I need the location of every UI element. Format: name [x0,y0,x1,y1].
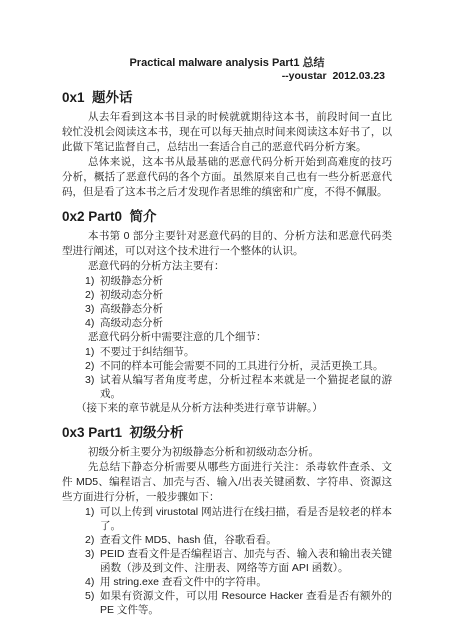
heading-0x1-digression: 0x1 题外话 [62,89,392,106]
list-item: 2) 查看文件 MD5、hash 值，谷歌看看。 [85,533,392,547]
list-item-number: 2) [85,359,100,373]
list-item-number: 3) [85,302,100,316]
list-item-number: 5) [85,589,100,617]
detail-list-label: 恶意代码分析中需要注意的几个细节： [62,330,392,345]
list-item: 1) 初级静态分析 [85,274,392,288]
list-item: 1) 可以上传到 virustotal 网站进行在线扫描，看是否是较老的样本了。 [85,505,392,533]
parenthetical-note: （接下来的章节就是从分析方法种类进行章节讲解。） [76,401,392,416]
list-item-number: 2) [85,288,100,302]
list-item: 3) 试着从编写者角度考虑，分析过程本来就是一个猫捉老鼠的游戏。 [85,373,392,401]
list-item: 3) 高级静态分析 [85,302,392,316]
method-list-label: 恶意代码的分析方法主要有： [62,259,392,274]
method-list: 1) 初级静态分析 2) 初级动态分析 3) 高级静态分析 4) 高级动态分析 [62,274,392,330]
list-item: 4) 高级动态分析 [85,316,392,330]
list-item-number: 4) [85,575,100,589]
list-item-text: 高级静态分析 [100,302,392,316]
paragraph: 从去年看到这本书目录的时候就就期待这本书，前段时间一直比较忙没机会阅读这本书，现… [62,110,392,155]
list-item-number: 2) [85,533,100,547]
list-item-text: 可以上传到 virustotal 网站进行在线扫描，看是否是较老的样本了。 [100,505,392,533]
list-item: 3) PEID 查看文件是否编程语言、加壳与否、输入表和输出表关键函数（涉及到文… [85,547,392,575]
list-item: 5) 如果有资源文件，可以用 Resource Hacker 查看是否有额外的 … [85,589,392,617]
document-page: Practical malware analysis Part1 总结 --yo… [0,0,453,640]
list-item-text: PEID 查看文件是否编程语言、加壳与否、输入表和输出表关键函数（涉及到文件、注… [100,547,392,575]
list-item-text: 试着从编写者角度考虑，分析过程本来就是一个猫捉老鼠的游戏。 [100,373,392,401]
list-item-text: 初级动态分析 [100,288,392,302]
step-list: 1) 可以上传到 virustotal 网站进行在线扫描，看是否是较老的样本了。… [62,505,392,617]
list-item-text: 初级静态分析 [100,274,392,288]
list-item-text: 不要过于纠结细节。 [100,345,392,359]
list-item: 2) 不同的样本可能会需要不同的工具进行分析，灵活更换工具。 [85,359,392,373]
list-item-number: 1) [85,505,100,533]
list-item-text: 查看文件 MD5、hash 值，谷歌看看。 [100,533,392,547]
paragraph: 初级分析主要分为初级静态分析和初级动态分析。 [62,445,392,460]
list-item-number: 1) [85,274,100,288]
document-byline: --youstar 2012.03.23 [62,70,392,83]
list-item-text: 高级动态分析 [100,316,392,330]
detail-list: 1) 不要过于纠结细节。 2) 不同的样本可能会需要不同的工具进行分析，灵活更换… [62,345,392,401]
paragraph: 总体来说，这本书从最基础的恶意代码分析开始到高难度的技巧分析，概括了恶意代码的各… [62,155,392,200]
list-item-number: 3) [85,373,100,401]
list-item: 1) 不要过于纠结细节。 [85,345,392,359]
heading-0x2-part0-intro: 0x2 Part0 简介 [62,208,392,225]
list-item: 2) 初级动态分析 [85,288,392,302]
list-item-number: 1) [85,345,100,359]
document-title: Practical malware analysis Part1 总结 [62,56,392,70]
list-item-number: 4) [85,316,100,330]
paragraph: 先总结下静态分析需要从哪些方面进行关注：杀毒软件查杀、文件 MD5、编程语言、加… [62,460,392,505]
list-item-text: 如果有资源文件，可以用 Resource Hacker 查看是否有额外的 PE … [100,589,392,617]
list-item-text: 用 string.exe 查看文件中的字符串。 [100,575,392,589]
list-item-text: 不同的样本可能会需要不同的工具进行分析，灵活更换工具。 [100,359,392,373]
list-item: 4) 用 string.exe 查看文件中的字符串。 [85,575,392,589]
list-item-number: 3) [85,547,100,575]
paragraph: 本书第 0 部分主要针对恶意代码的目的、分析方法和恶意代码类型进行阐述，可以对这… [62,229,392,259]
heading-0x3-part1-basic-analysis: 0x3 Part1 初级分析 [62,424,392,441]
